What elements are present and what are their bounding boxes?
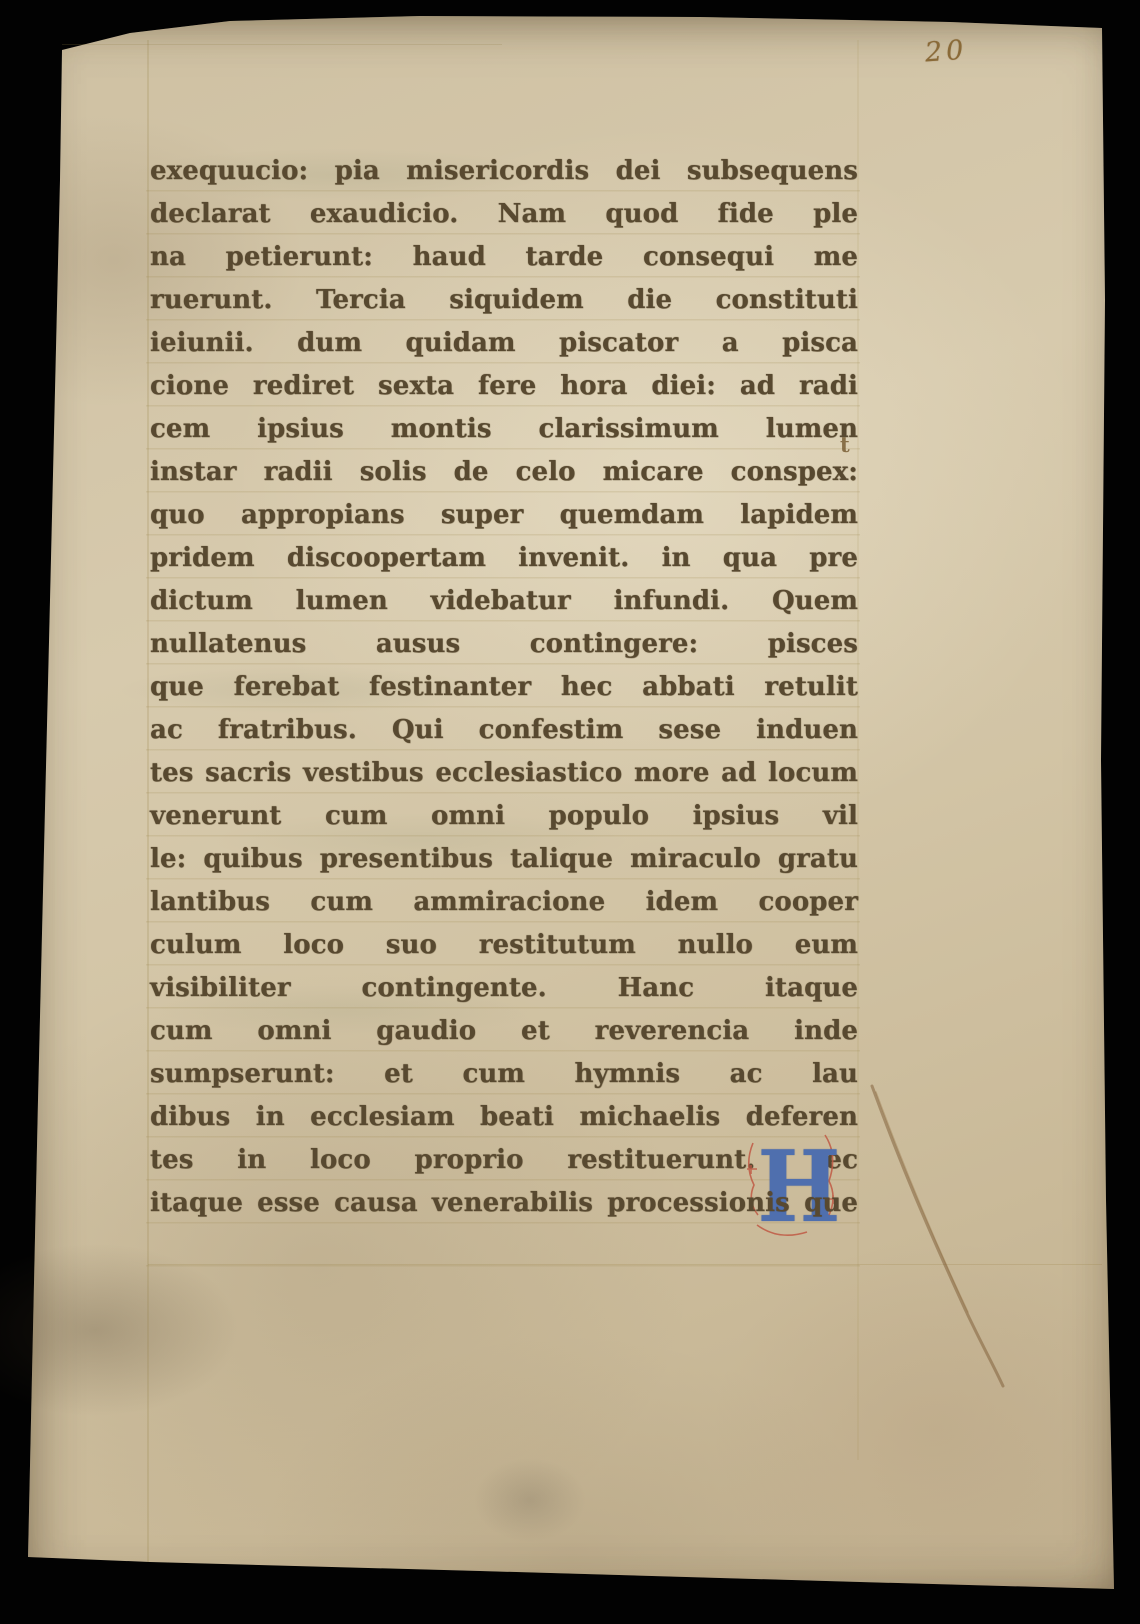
manuscript-line: ieiunii. dum quidam piscator a pisca bbox=[150, 322, 858, 365]
manuscript-line: venerunt cum omni populo ipsius vil bbox=[150, 795, 858, 838]
manuscript-line: cum omni gaudio et reverencia inde bbox=[150, 1010, 858, 1053]
manuscript-line: quo appropians super quemdam lapidem bbox=[150, 494, 858, 537]
manuscript-line: lantibus cum ammiracione idem cooper bbox=[150, 881, 858, 924]
manuscript-line: visibiliter contingente. Hanc itaque bbox=[150, 967, 858, 1010]
photo-backdrop: 20 t exequucio: pia misericordis dei sub… bbox=[0, 0, 1140, 1624]
manuscript-line: nullatenus ausus contingere: pisces bbox=[150, 623, 858, 666]
manuscript-line: instar radii solis de celo micare conspe… bbox=[150, 451, 858, 494]
decorated-initial-wrap: H bbox=[755, 1139, 821, 1182]
line-with-initial: tes in loco proprio restituerunt. H ec bbox=[150, 1139, 858, 1182]
manuscript-line: pridem discoopertam invenit. in qua pre bbox=[150, 537, 858, 580]
folio-number: 20 bbox=[924, 35, 968, 69]
manuscript-line: cione rediret sexta fere hora diei: ad r… bbox=[150, 365, 858, 408]
manuscript-line: ruerunt. Tercia siquidem die constituti bbox=[150, 279, 858, 322]
manuscript-line: dibus in ecclesiam beati michaelis defer… bbox=[150, 1096, 858, 1139]
manuscript-line: exequucio: pia misericordis dei subseque… bbox=[150, 150, 858, 193]
manuscript-line: declarat exaudicio. Nam quod fide ple bbox=[150, 193, 858, 236]
manuscript-line: na petierunt: haud tarde consequi me bbox=[150, 236, 858, 279]
manuscript-line-segment: tes in loco proprio restituerunt. bbox=[150, 1139, 755, 1182]
manuscript-line: le: quibus presentibus talique miraculo … bbox=[150, 838, 858, 881]
manuscript-line: dictum lumen videbatur infundi. Quem bbox=[150, 580, 858, 623]
manuscript-line: cem ipsius montis clarissimum lumen bbox=[150, 408, 858, 451]
manuscript-line: sumpserunt: et cum hymnis ac lau bbox=[150, 1053, 858, 1096]
manuscript-line: que ferebat festinanter hec abbati retul… bbox=[150, 666, 858, 709]
manuscript-line: ac fratribus. Qui confestim sese induen bbox=[150, 709, 858, 752]
manuscript-line: itaque esse causa venerabilis procession… bbox=[150, 1182, 858, 1225]
manuscript-line: culum loco suo restitutum nullo eum bbox=[150, 924, 858, 967]
manuscript-line: tes sacris vestibus ecclesiastico more a… bbox=[150, 752, 858, 795]
